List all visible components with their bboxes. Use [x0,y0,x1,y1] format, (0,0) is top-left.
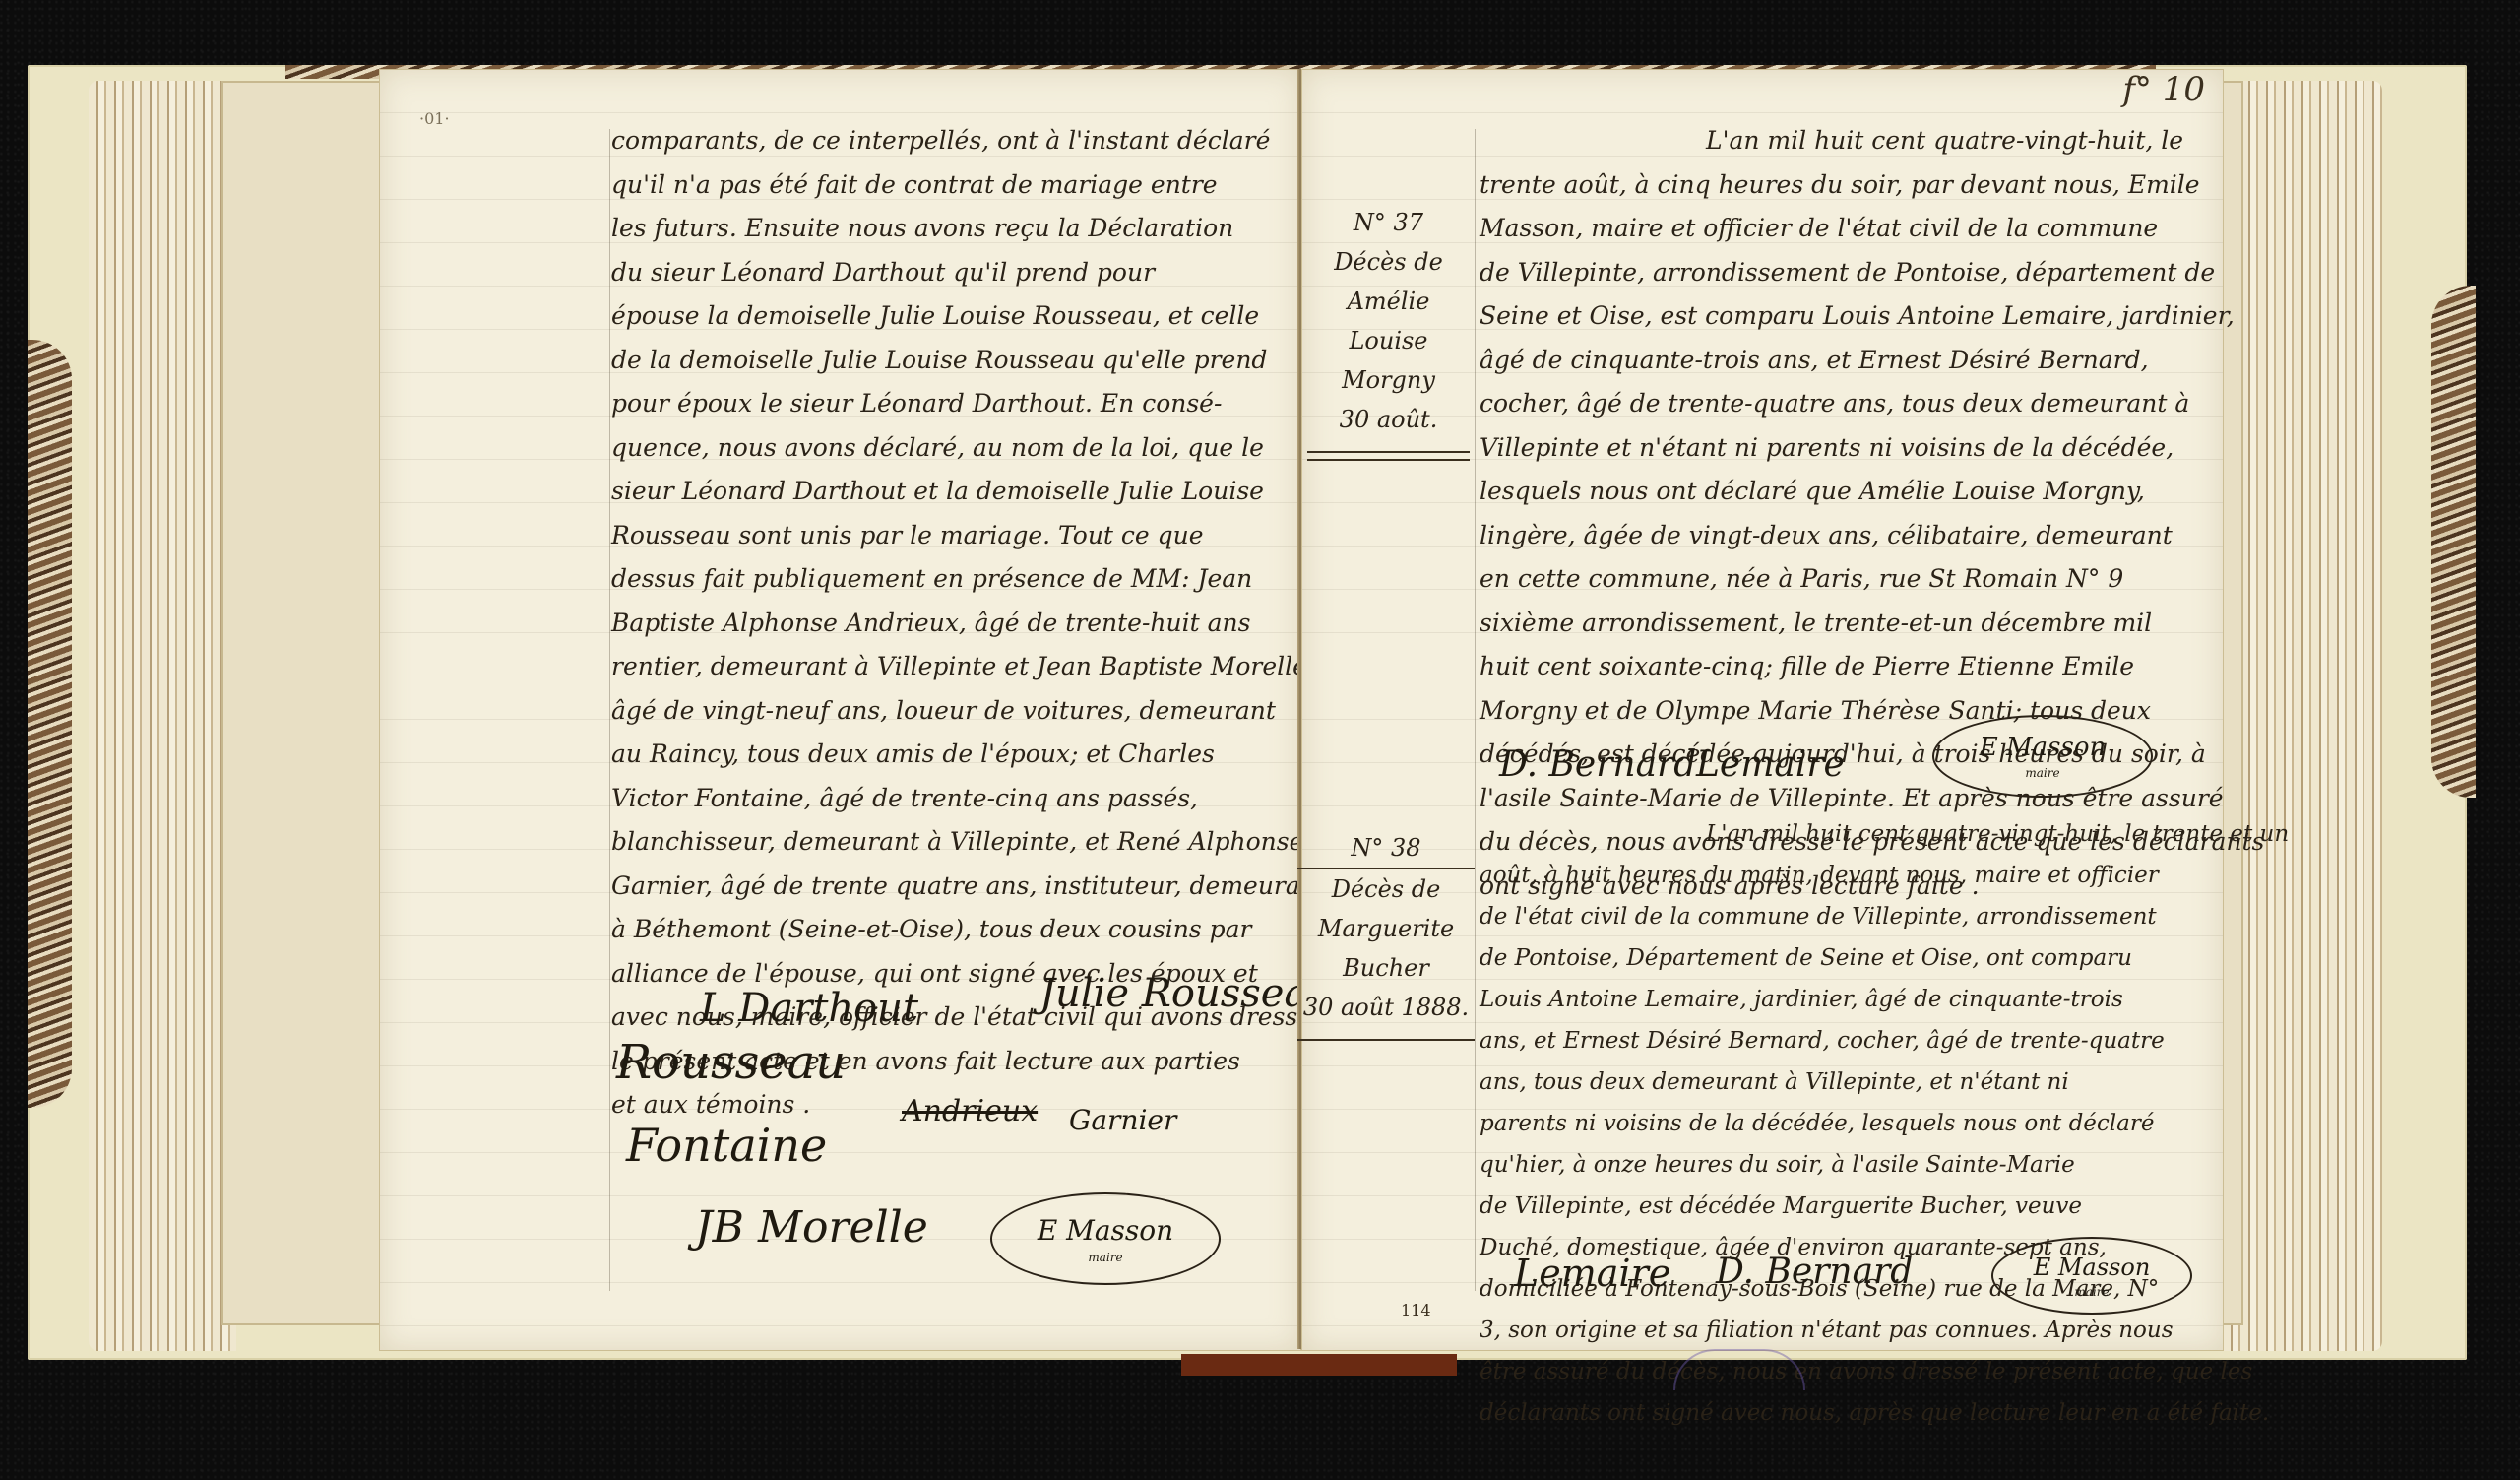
text-line: à Béthemont (Seine-et-Oise), tous deux c… [611,908,1326,952]
text-line: épouse la demoiselle Julie Louise Rousse… [611,294,1326,339]
margin-rule [1475,129,1476,1291]
text-line: Rousseau sont unis par le mariage. Tout … [611,514,1326,558]
mayor-signature-seal: E Masson maire [1991,1237,2192,1315]
text-line: parents ni voisins de la décédée, lesque… [1480,1103,2289,1144]
marbled-edge-left [28,340,72,1108]
text-line: être assuré du décès, nous en avons dres… [1480,1351,2289,1392]
folio-mark: ·01· [419,109,450,128]
act-title-line: Décès de Amélie [1307,242,1470,321]
margin-double-rule [1307,451,1470,461]
margin-note-act-37: N° 37 Décès de Amélie Louise Morgny 30 a… [1307,203,1470,461]
page-stack-left [89,81,236,1351]
text-line: lingère, âgée de vingt-deux ans, célibat… [1480,514,2264,558]
text-line: comparants, de ce interpellés, ont à l'i… [611,119,1326,163]
text-line: de Villepinte, arrondissement de Pontois… [1480,251,2264,295]
text-line: rentier, demeurant à Villepinte et Jean … [611,645,1326,689]
text-line: qu'il n'a pas été fait de contrat de mar… [611,163,1326,208]
right-page: f° 10 N° 37 Décès de Amélie Louise Morgn… [1301,69,2224,1351]
mayor-signature-seal: E Masson maire [1932,715,2153,798]
left-page: ·01· comparants, de ce interpellés, ont … [379,69,1301,1351]
text-line: cocher, âgé de trente-quatre ans, tous d… [1480,382,2264,426]
text-line: au Raincy, tous deux amis de l'époux; et… [611,733,1326,777]
margin-rule [609,129,610,1291]
text-line: 3, son origine et sa filiation n'étant p… [1480,1310,2289,1351]
text-line: Masson, maire et officier de l'état civi… [1480,207,2264,251]
death-act-37-text: L'an mil huit cent quatre-vingt-huit, le… [1480,119,2264,908]
seal-subtitle: maire [2074,1285,2109,1299]
text-line: Baptiste Alphonse Andrieux, âgé de trent… [611,602,1326,646]
text-line: L'an mil huit cent quatre-vingt-huit, le [1480,119,2264,163]
text-line: août, à huit heures du matin, devant nou… [1480,855,2289,896]
text-line: Villepinte et n'étant ni parents ni vois… [1480,426,2264,471]
text-line: blanchisseur, demeurant à Villepinte, et… [611,820,1326,865]
text-line: en cette commune, née à Paris, rue St Ro… [1480,557,2264,602]
text-line: sixième arrondissement, le trente-et-un … [1480,602,2264,646]
text-line: qu'hier, à onze heures du soir, à l'asil… [1480,1144,2289,1186]
margin-note-act-38: N° 38 Décès de Marguerite Bucher 30 août… [1297,828,1475,1041]
ribbon-bookmark [1181,1354,1457,1376]
signature-julie-rousseau: Julie Rousseau [1039,971,1333,1016]
text-line: ans, tous deux demeurant à Villepinte, e… [1480,1062,2289,1103]
text-line: de Pontoise, Département de Seine et Ois… [1480,937,2289,979]
act-title-line: Bucher [1297,948,1475,988]
text-line: pour époux le sieur Léonard Darthout. En… [611,382,1326,426]
act-number: N° 37 [1307,203,1470,242]
text-line: sieur Léonard Darthout et la demoiselle … [611,470,1326,514]
act-date: 30 août. [1307,400,1470,439]
text-line: Seine et Oise, est comparu Louis Antoine… [1480,294,2264,339]
act-number: N° 38 [1297,828,1475,868]
text-line: dessus fait publiquement en présence de … [611,557,1326,602]
text-line: de la demoiselle Julie Louise Rousseau q… [611,339,1326,383]
text-line: huit cent soixante-cinq; fille de Pierre… [1480,645,2264,689]
signature-lemaire: Lemaire [1696,744,1845,785]
signature-masson: E Masson [1980,733,2106,762]
text-line: Louis Antoine Lemaire, jardinier, âgé de… [1480,979,2289,1020]
text-line: de l'état civil de la commune de Villepi… [1480,896,2289,937]
signature-masson: E Masson [1038,1214,1173,1247]
act-date: 30 août 1888. [1297,988,1475,1027]
signature-garnier: Garnier [1069,1104,1176,1136]
signature-bernard: D. Bernard [1716,1252,1913,1292]
text-line: L'an mil huit cent quatre-vingt-huit, le… [1480,813,2289,855]
signature-rousseau: Rousseau [616,1035,846,1090]
text-line: du sieur Léonard Darthout qu'il prend po… [611,251,1326,295]
text-line: ans, et Ernest Désiré Bernard, cocher, â… [1480,1020,2289,1062]
margin-single-rule [1297,1039,1475,1041]
signature-masson: E Masson [2034,1254,2151,1281]
text-line: de Villepinte, est décédée Marguerite Bu… [1480,1186,2289,1227]
signature-darthout: L Darthout [700,986,918,1031]
signature-bernard: D. Bernard [1499,744,1696,785]
text-line: âgé de vingt-neuf ans, loueur de voiture… [611,689,1326,734]
text-line: les futurs. Ensuite nous avons reçu la D… [611,207,1326,251]
text-line: quence, nous avons déclaré, au nom de la… [611,426,1326,471]
act-title-line: Décès de Marguerite [1297,869,1475,948]
seal-subtitle: maire [2025,766,2059,780]
archive-stamp [1673,1349,1805,1390]
page-number: 114 [1401,1301,1431,1319]
signature-morelle: JB Morelle [695,1202,928,1253]
folio-mark: f° 10 [2122,70,2205,109]
text-line: Morgny et de Olympe Marie Thérèse Santi;… [1480,689,2264,734]
text-line: déclarants ont signé avec nous, après qu… [1480,1392,2289,1434]
marbled-edge-right [2431,286,2476,798]
death-act-38-text: L'an mil huit cent quatre-vingt-huit, le… [1480,813,2289,1434]
signature-fontaine: Fontaine [626,1119,827,1172]
act-title-line: Louise Morgny [1307,321,1470,400]
signature-lemaire: Lemaire [1514,1252,1670,1295]
mayor-signature-seal: E Masson maire [990,1192,1221,1285]
seal-subtitle: maire [1088,1251,1122,1264]
text-line: âgé de cinquante-trois ans, et Ernest Dé… [1480,339,2264,383]
text-line: Victor Fontaine, âgé de trente-cinq ans … [611,777,1326,821]
text-line: Garnier, âgé de trente quatre ans, insti… [611,865,1326,909]
text-line: trente août, à cinq heures du soir, par … [1480,163,2264,208]
signature-andrieux: Andrieux [902,1094,1038,1128]
text-line: lesquels nous ont déclaré que Amélie Lou… [1480,470,2264,514]
